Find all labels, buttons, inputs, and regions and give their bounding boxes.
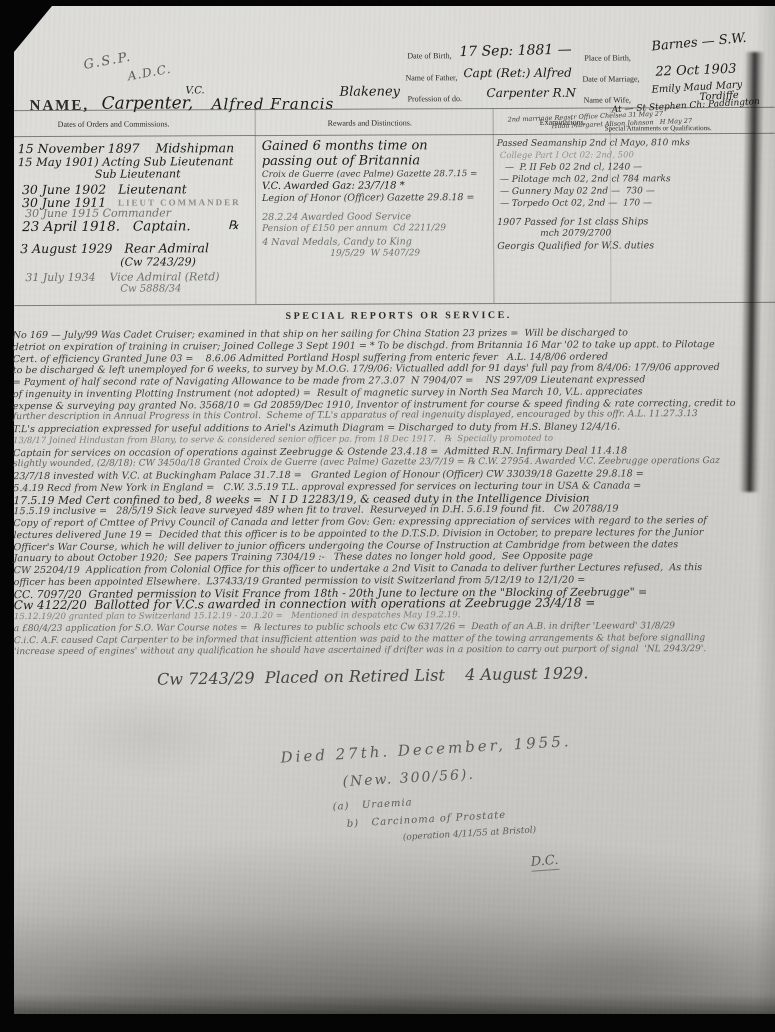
special-reports-block: No 169 — July/99 Was Cadet Cruiser; exam…: [13, 327, 774, 659]
clerk-initials: D.C.: [530, 853, 559, 872]
reward-line: 28.2.24 Awarded Good Service: [262, 211, 411, 223]
col1-header: Dates of Orders and Commissions.: [58, 119, 170, 128]
wife-label: Name of Wife,: [584, 95, 631, 104]
father-value: Capt (Ret:) Alfred: [463, 66, 571, 80]
name-label: NAME,: [30, 98, 90, 115]
marriage-value: 22 Oct 1903: [655, 62, 737, 80]
dob-value: 17 Sep: 1881 —: [459, 42, 572, 60]
reward-line: Legion of Honor (Officer) Gazette 29.8.1…: [262, 192, 474, 204]
commission-row: 31 July 1934 Vice Admiral (Retd): [25, 270, 219, 284]
table-divider-1: [255, 109, 257, 304]
commission-row: Cw 5888/34: [120, 283, 181, 294]
table-bottom-rule: [14, 302, 775, 306]
marriage-label: Date of Marriage,: [582, 74, 639, 83]
exam-line: Georgis Qualified for W.S. duties: [497, 240, 654, 252]
table-divider-2: [493, 108, 495, 303]
table-header-rule: [14, 133, 775, 137]
reward-line: passing out of Britannia: [262, 153, 420, 169]
reward-line: Gained 6 months time on: [262, 138, 428, 154]
scanned-service-record: G.S.P. A.D.C. NAME, Carpenter, V.C. Alfr…: [0, 0, 775, 1032]
death-cause-a: (a) Uraemia: [332, 797, 413, 813]
exam-line: — P. II Feb 02 2nd cl, 1240 —: [505, 162, 642, 173]
dob-label: Date of Birth,: [407, 51, 451, 60]
exam-line: Passed Seamanship 2nd cl Mayo, 810 mks: [497, 138, 690, 149]
reward-line: V.C. Awarded Gaz: 23/7/18 *: [262, 180, 405, 192]
right-edge-shade: [755, 0, 775, 1032]
father-label: Name of Father,: [405, 73, 457, 82]
death-reference: (New. 300/56).: [342, 767, 475, 790]
commission-row-mark: ℞: [228, 218, 239, 232]
special-reports-title: SPECIAL REPORTS OR SERVICE.: [285, 310, 511, 322]
col3-header: Examinations.: [540, 118, 586, 127]
col2-header: Rewards and Distinctions.: [328, 118, 412, 127]
reward-line: 4 Naval Medals, Candy to King: [262, 236, 412, 248]
report-line: 'increase speed of engines' without any …: [14, 644, 774, 659]
exam-line: 1907 Passed for 1st class Ships: [497, 216, 648, 228]
exam-line: mch 2079/2700: [540, 229, 611, 239]
reward-line: 19/5/29 W 5407/29: [330, 248, 420, 258]
commission-row: 23 April 1918. Captain.: [22, 218, 191, 235]
name-post-nominal: V.C.: [186, 85, 205, 96]
retirement-note: Cw 7243/29 Placed on Retired List 4 Augu…: [157, 663, 589, 688]
reward-line: Croix de Guerre (avec Palme) Gazette 28.…: [262, 169, 478, 180]
name-surname-overflow: Blakeney: [339, 84, 400, 99]
father-surname: Carpenter R.N: [487, 86, 576, 100]
exam-line: — Pilotage mch 02, 2nd cl 784 marks: [500, 174, 671, 185]
page-content: G.S.P. A.D.C. NAME, Carpenter, V.C. Alfr…: [0, 0, 775, 1032]
death-cause-b: b) Carcinoma of Prostate: [347, 810, 507, 830]
pob-value: Barnes — S.W.: [651, 31, 747, 55]
commission-row: 3 August 1929 Rear Admiral: [20, 240, 209, 256]
exam-line: — Gunnery May 02 2nd — 730 —: [500, 186, 655, 197]
death-cause-b-detail: (operation 4/11/55 at Bristol): [403, 825, 537, 843]
reward-line: Pension of £150 per annum Cd 2211/29: [262, 223, 446, 234]
pob-label: Place of Birth,: [584, 53, 630, 62]
exam-line: College Part I Oct 02: 2nd, 500: [500, 150, 634, 161]
profession-label: Profession of do.: [408, 94, 462, 103]
col4-header: Special Attainments or Qualifications.: [605, 124, 712, 132]
death-date: Died 27th. December, 1955.: [280, 732, 572, 766]
commission-row: (Cw 7243/29): [120, 255, 196, 268]
commission-row: Sub Lieutenant: [95, 167, 181, 180]
exam-line: — Torpedo Oct 02, 2nd — 170 —: [500, 198, 652, 209]
name-forenames: Alfred Francis: [212, 95, 335, 114]
annotation-adc: A.D.C.: [127, 62, 173, 84]
